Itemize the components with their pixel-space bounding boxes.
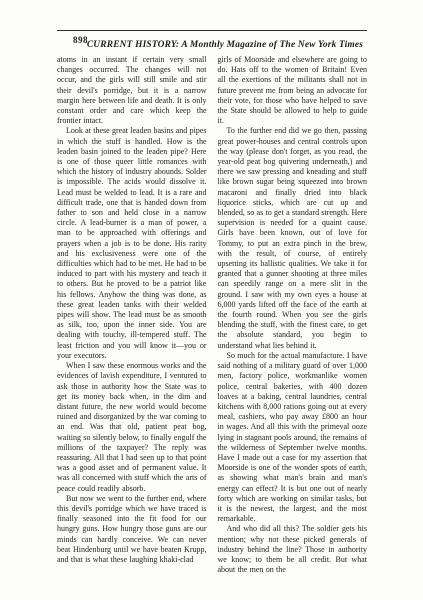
- paragraph-continuation: girls of Moorside and elsewhere are goin…: [218, 55, 368, 126]
- running-head: 898 CURRENT HISTORY: A Monthly Magazine …: [57, 34, 367, 48]
- paragraph: But now we went to the further end, wher…: [57, 494, 207, 565]
- two-column-body: atoms in an instant if certain very smal…: [57, 55, 367, 575]
- paragraph-continuation: atoms in an instant if certain very smal…: [57, 55, 207, 126]
- right-column: girls of Moorside and elsewhere are goin…: [218, 55, 368, 575]
- journal-title: CURRENT HISTORY: A Monthly Magazine of T…: [87, 40, 363, 50]
- header-rule: [57, 30, 367, 31]
- paragraph: When I saw these enormous works and the …: [57, 361, 207, 494]
- paragraph: To the further end did we go then, passi…: [218, 126, 368, 350]
- page-number: 898: [73, 35, 88, 45]
- magazine-page: 898 CURRENT HISTORY: A Monthly Magazine …: [0, 0, 423, 600]
- text-block: 898 CURRENT HISTORY: A Monthly Magazine …: [57, 30, 367, 575]
- left-column: atoms in an instant if certain very smal…: [57, 55, 207, 575]
- paragraph: So much for the actual manufacture. I ha…: [218, 351, 368, 524]
- paragraph: And who did all this? The soldier gets h…: [218, 524, 368, 575]
- paragraph: Look at these great leaden basins and pi…: [57, 126, 207, 361]
